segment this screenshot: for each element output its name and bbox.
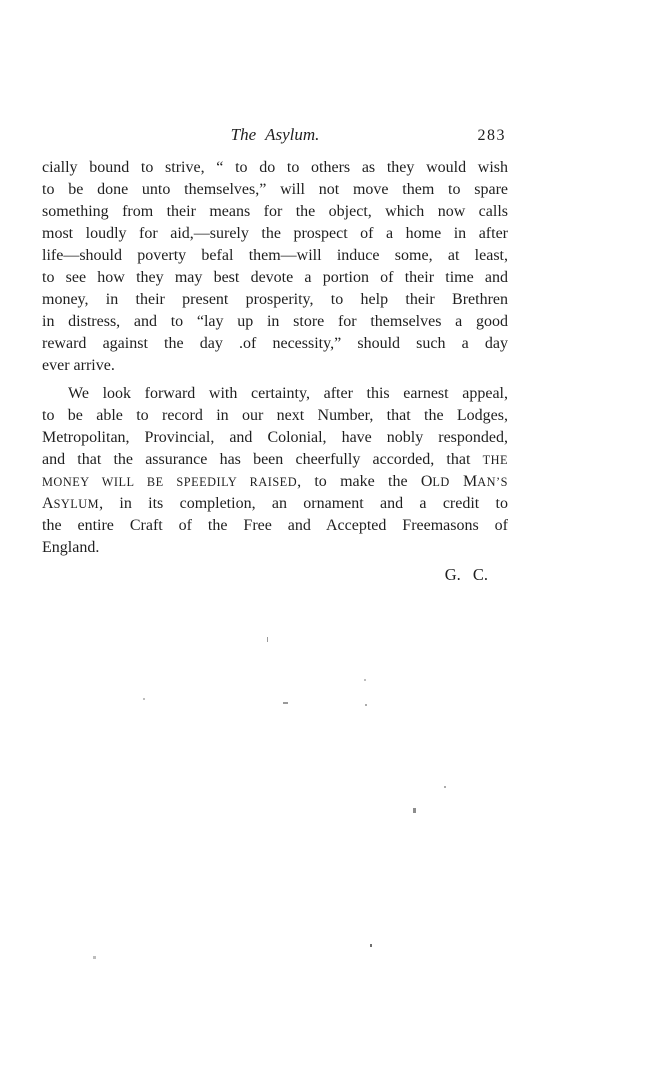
page-body: cially bound to strive, “ to do to other… [42, 157, 508, 559]
text-run: We look forward with certainty, after th… [68, 385, 508, 402]
text-line: life—should poverty befal them—will indu… [42, 245, 508, 267]
scan-speck [365, 704, 367, 706]
text-run: most loudly for aid,—surely the prospect… [42, 225, 508, 242]
text-run: ever arrive. [42, 357, 115, 374]
text-run: life—should poverty befal them—will indu… [42, 247, 508, 264]
paragraph: We look forward with certainty, after th… [42, 383, 508, 559]
text-line: Metropolitan, Provincial, and Colonial, … [42, 427, 508, 449]
text-line: England. [42, 537, 508, 559]
signature: G. C. [42, 564, 508, 586]
text-run: England. [42, 539, 99, 556]
scan-speck [143, 698, 145, 700]
paragraph: cially bound to strive, “ to do to other… [42, 157, 508, 377]
text-run: to be able to record in our next Number,… [42, 407, 508, 424]
text-line: and that the assurance has been cheerful… [42, 449, 508, 471]
text-run: and that the assurance has been cheerful… [42, 451, 483, 468]
text-run: cially bound to strive, “ to do to other… [42, 159, 508, 176]
small-caps-run: MONEY WILL BE SPEEDILY RAISED [42, 475, 297, 489]
running-head-title: The Asylum. [231, 125, 320, 144]
small-caps-run: SYLUM [54, 497, 100, 511]
scan-speck [267, 637, 268, 642]
text-run: M [450, 473, 478, 490]
small-caps-run: AN’S [477, 475, 508, 489]
text-run: reward against the day .of necessity,” s… [42, 335, 508, 352]
text-line: ever arrive. [42, 355, 508, 377]
text-column: The Asylum. 283 cially bound to strive, … [42, 124, 508, 586]
text-line: MONEY WILL BE SPEEDILY RAISED, to make t… [42, 471, 508, 493]
text-line: to be able to record in our next Number,… [42, 405, 508, 427]
small-caps-run: LD [432, 475, 449, 489]
text-line: cially bound to strive, “ to do to other… [42, 157, 508, 179]
text-line: ASYLUM, in its completion, an ornament a… [42, 493, 508, 515]
text-run: money, in their present prosperity, to h… [42, 291, 508, 308]
scan-speck [364, 679, 366, 681]
text-run: , to make the O [297, 473, 432, 490]
text-line: most loudly for aid,—surely the prospect… [42, 223, 508, 245]
text-run: the entire Craft of the Free and Accepte… [42, 517, 508, 534]
page-number: 283 [478, 125, 507, 147]
scan-speck [413, 808, 416, 813]
running-head: The Asylum. 283 [42, 124, 508, 146]
text-run: A [42, 495, 54, 512]
text-run: Metropolitan, Provincial, and Colonial, … [42, 429, 508, 446]
text-run: in distress, and to “lay up in store for… [42, 313, 508, 330]
text-line: something from their means for the objec… [42, 201, 508, 223]
text-run: , in its completion, an ornament and a c… [99, 495, 508, 512]
scan-speck [93, 956, 96, 959]
text-run: to be done unto themselves,” will not mo… [42, 181, 508, 198]
text-line: in distress, and to “lay up in store for… [42, 311, 508, 333]
scan-speck [283, 702, 288, 704]
text-run: to see how they may best devote a portio… [42, 269, 508, 286]
text-line: to see how they may best devote a portio… [42, 267, 508, 289]
text-line: reward against the day .of necessity,” s… [42, 333, 508, 355]
scan-speck [370, 944, 372, 947]
text-line: We look forward with certainty, after th… [42, 383, 508, 405]
text-line: to be done unto themselves,” will not mo… [42, 179, 508, 201]
small-caps-run: THE [483, 453, 508, 467]
text-run: something from their means for the objec… [42, 203, 508, 220]
scan-speck [444, 786, 446, 788]
text-line: the entire Craft of the Free and Accepte… [42, 515, 508, 537]
text-line: money, in their present prosperity, to h… [42, 289, 508, 311]
